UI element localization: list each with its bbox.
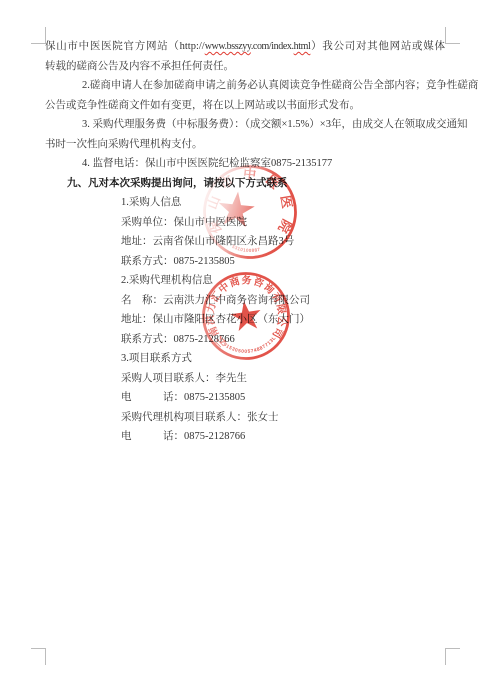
contact-line-agency-phone: 联系方式：0875-2128766	[45, 330, 445, 350]
contact-line-agency-contact-person: 采购代理机构项目联系人：张女士	[45, 408, 445, 428]
url-part-path: .com/index.	[251, 41, 294, 52]
para1-line1: 保山市中医医院官方网站（http://www.bsszyy.com/index.…	[45, 37, 445, 57]
para1-text-tail: ）我公司对其他网站或媒体	[310, 41, 445, 52]
para2-line2: 公告或竞争性磋商文件如有变更，将在以上网站或以书面形式发布。	[45, 96, 445, 116]
contact-line-buyer-contact-person: 采购人项目联系人：李先生	[45, 369, 445, 389]
contact-line-agency-name: 名 称：云南洪力汇中商务咨询有限公司	[45, 291, 445, 311]
para4-line: 4. 监督电话：保山市中医医院纪检监察室0875-2135177	[45, 154, 445, 174]
contact-line-buyer-info-title: 1.采购人信息	[45, 193, 445, 213]
para2-line1: 2.磋商申请人在参加磋商申请之前务必认真阅读竞争性磋商公告全部内容；竞争性磋商	[45, 76, 445, 96]
margin-mark-bottom-left	[31, 648, 46, 665]
margin-mark-top-right	[445, 27, 460, 44]
contact-line-buyer-phone: 联系方式：0875-2135805	[45, 252, 445, 272]
contact-line-agency-address: 地址：保山市隆阳区杏花小区（东大门）	[45, 310, 445, 330]
contact-line-buyer-unit: 采购单位：保山市中医医院	[45, 213, 445, 233]
contact-line-project-title: 3.项目联系方式	[45, 349, 445, 369]
url-part-domain: www.bsszyy	[205, 41, 251, 52]
para3-line1: 3. 采购代理服务费（中标服务费）：（成交额×1.5%）×3年，由成交人在领取成…	[45, 115, 445, 135]
url-part-ext: html	[294, 41, 311, 52]
margin-mark-top-left	[31, 27, 46, 44]
contact-line-buyer-address: 地址：云南省保山市隆阳区永昌路3号	[45, 232, 445, 252]
contact-line-buyer-contact-phone: 电 话：0875-2135805	[45, 388, 445, 408]
para1-line2: 转载的磋商公告及内容不承担任何责任。	[45, 57, 445, 77]
section-heading: 九、凡对本次采购提出询问，请按以下方式联系	[45, 174, 445, 194]
contact-line-agency-contact-phone: 电 话：0875-2128766	[45, 427, 445, 447]
para1-text: 保山市中医医院官方网站（http://	[45, 41, 205, 52]
para3-line2: 书时一次性向采购代理机构支付。	[45, 135, 445, 155]
margin-mark-bottom-right	[445, 648, 460, 665]
document-page: 保山市中医医院官方网站（http://www.bsszyy.com/index.…	[0, 0, 488, 691]
contact-line-agency-info-title: 2.采购代理机构信息	[45, 271, 445, 291]
body-text: 保山市中医医院官方网站（http://www.bsszyy.com/index.…	[45, 37, 445, 447]
